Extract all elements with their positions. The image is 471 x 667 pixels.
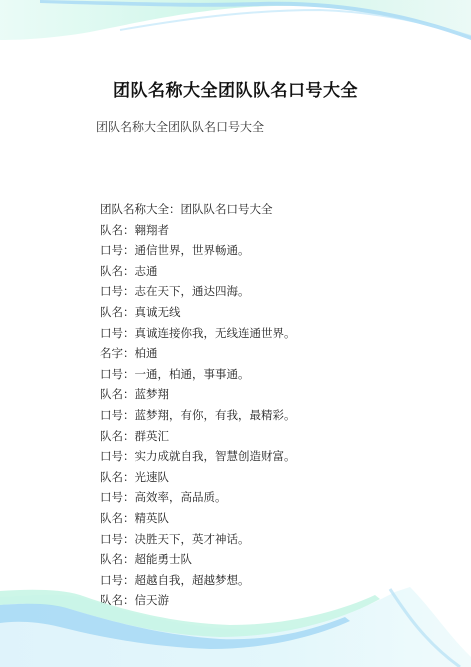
body-line: 口号：真诚连接你我，无线连通世界。 bbox=[100, 323, 296, 344]
document-body: 团队名称大全：团队队名口号大全 队名：翱翔者 口号：通信世界，世界畅通。 队名：… bbox=[100, 199, 296, 611]
body-line: 口号：志在天下，通达四海。 bbox=[100, 281, 296, 302]
body-line: 口号：决胜天下，英才神话。 bbox=[100, 529, 296, 550]
document-subtitle: 团队名称大全团队队名口号大全 bbox=[96, 118, 264, 135]
body-line: 口号：通信世界，世界畅通。 bbox=[100, 240, 296, 261]
body-line: 口号：实力成就自我，智慧创造财富。 bbox=[100, 446, 296, 467]
body-line: 队名：真诚无线 bbox=[100, 302, 296, 323]
body-line: 名字：柏通 bbox=[100, 343, 296, 364]
body-line: 队名：志通 bbox=[100, 261, 296, 282]
body-line: 队名：信天游 bbox=[100, 590, 296, 611]
body-line: 团队名称大全：团队队名口号大全 bbox=[100, 199, 296, 220]
decorative-top-wave bbox=[0, 0, 471, 45]
body-line: 队名：光速队 bbox=[100, 467, 296, 488]
body-line: 口号：高效率，高品质。 bbox=[100, 487, 296, 508]
body-line: 队名：蓝梦翔 bbox=[100, 384, 296, 405]
body-line: 队名：翱翔者 bbox=[100, 220, 296, 241]
body-line: 口号：一通，柏通，事事通。 bbox=[100, 364, 296, 385]
body-line: 队名：精英队 bbox=[100, 508, 296, 529]
body-line: 队名：超能勇士队 bbox=[100, 549, 296, 570]
body-line: 口号：蓝梦翔，有你，有我，最精彩。 bbox=[100, 405, 296, 426]
body-line: 队名：群英汇 bbox=[100, 426, 296, 447]
body-line: 口号：超越自我，超越梦想。 bbox=[100, 570, 296, 591]
document-title: 团队名称大全团队队名口号大全 bbox=[0, 76, 471, 101]
